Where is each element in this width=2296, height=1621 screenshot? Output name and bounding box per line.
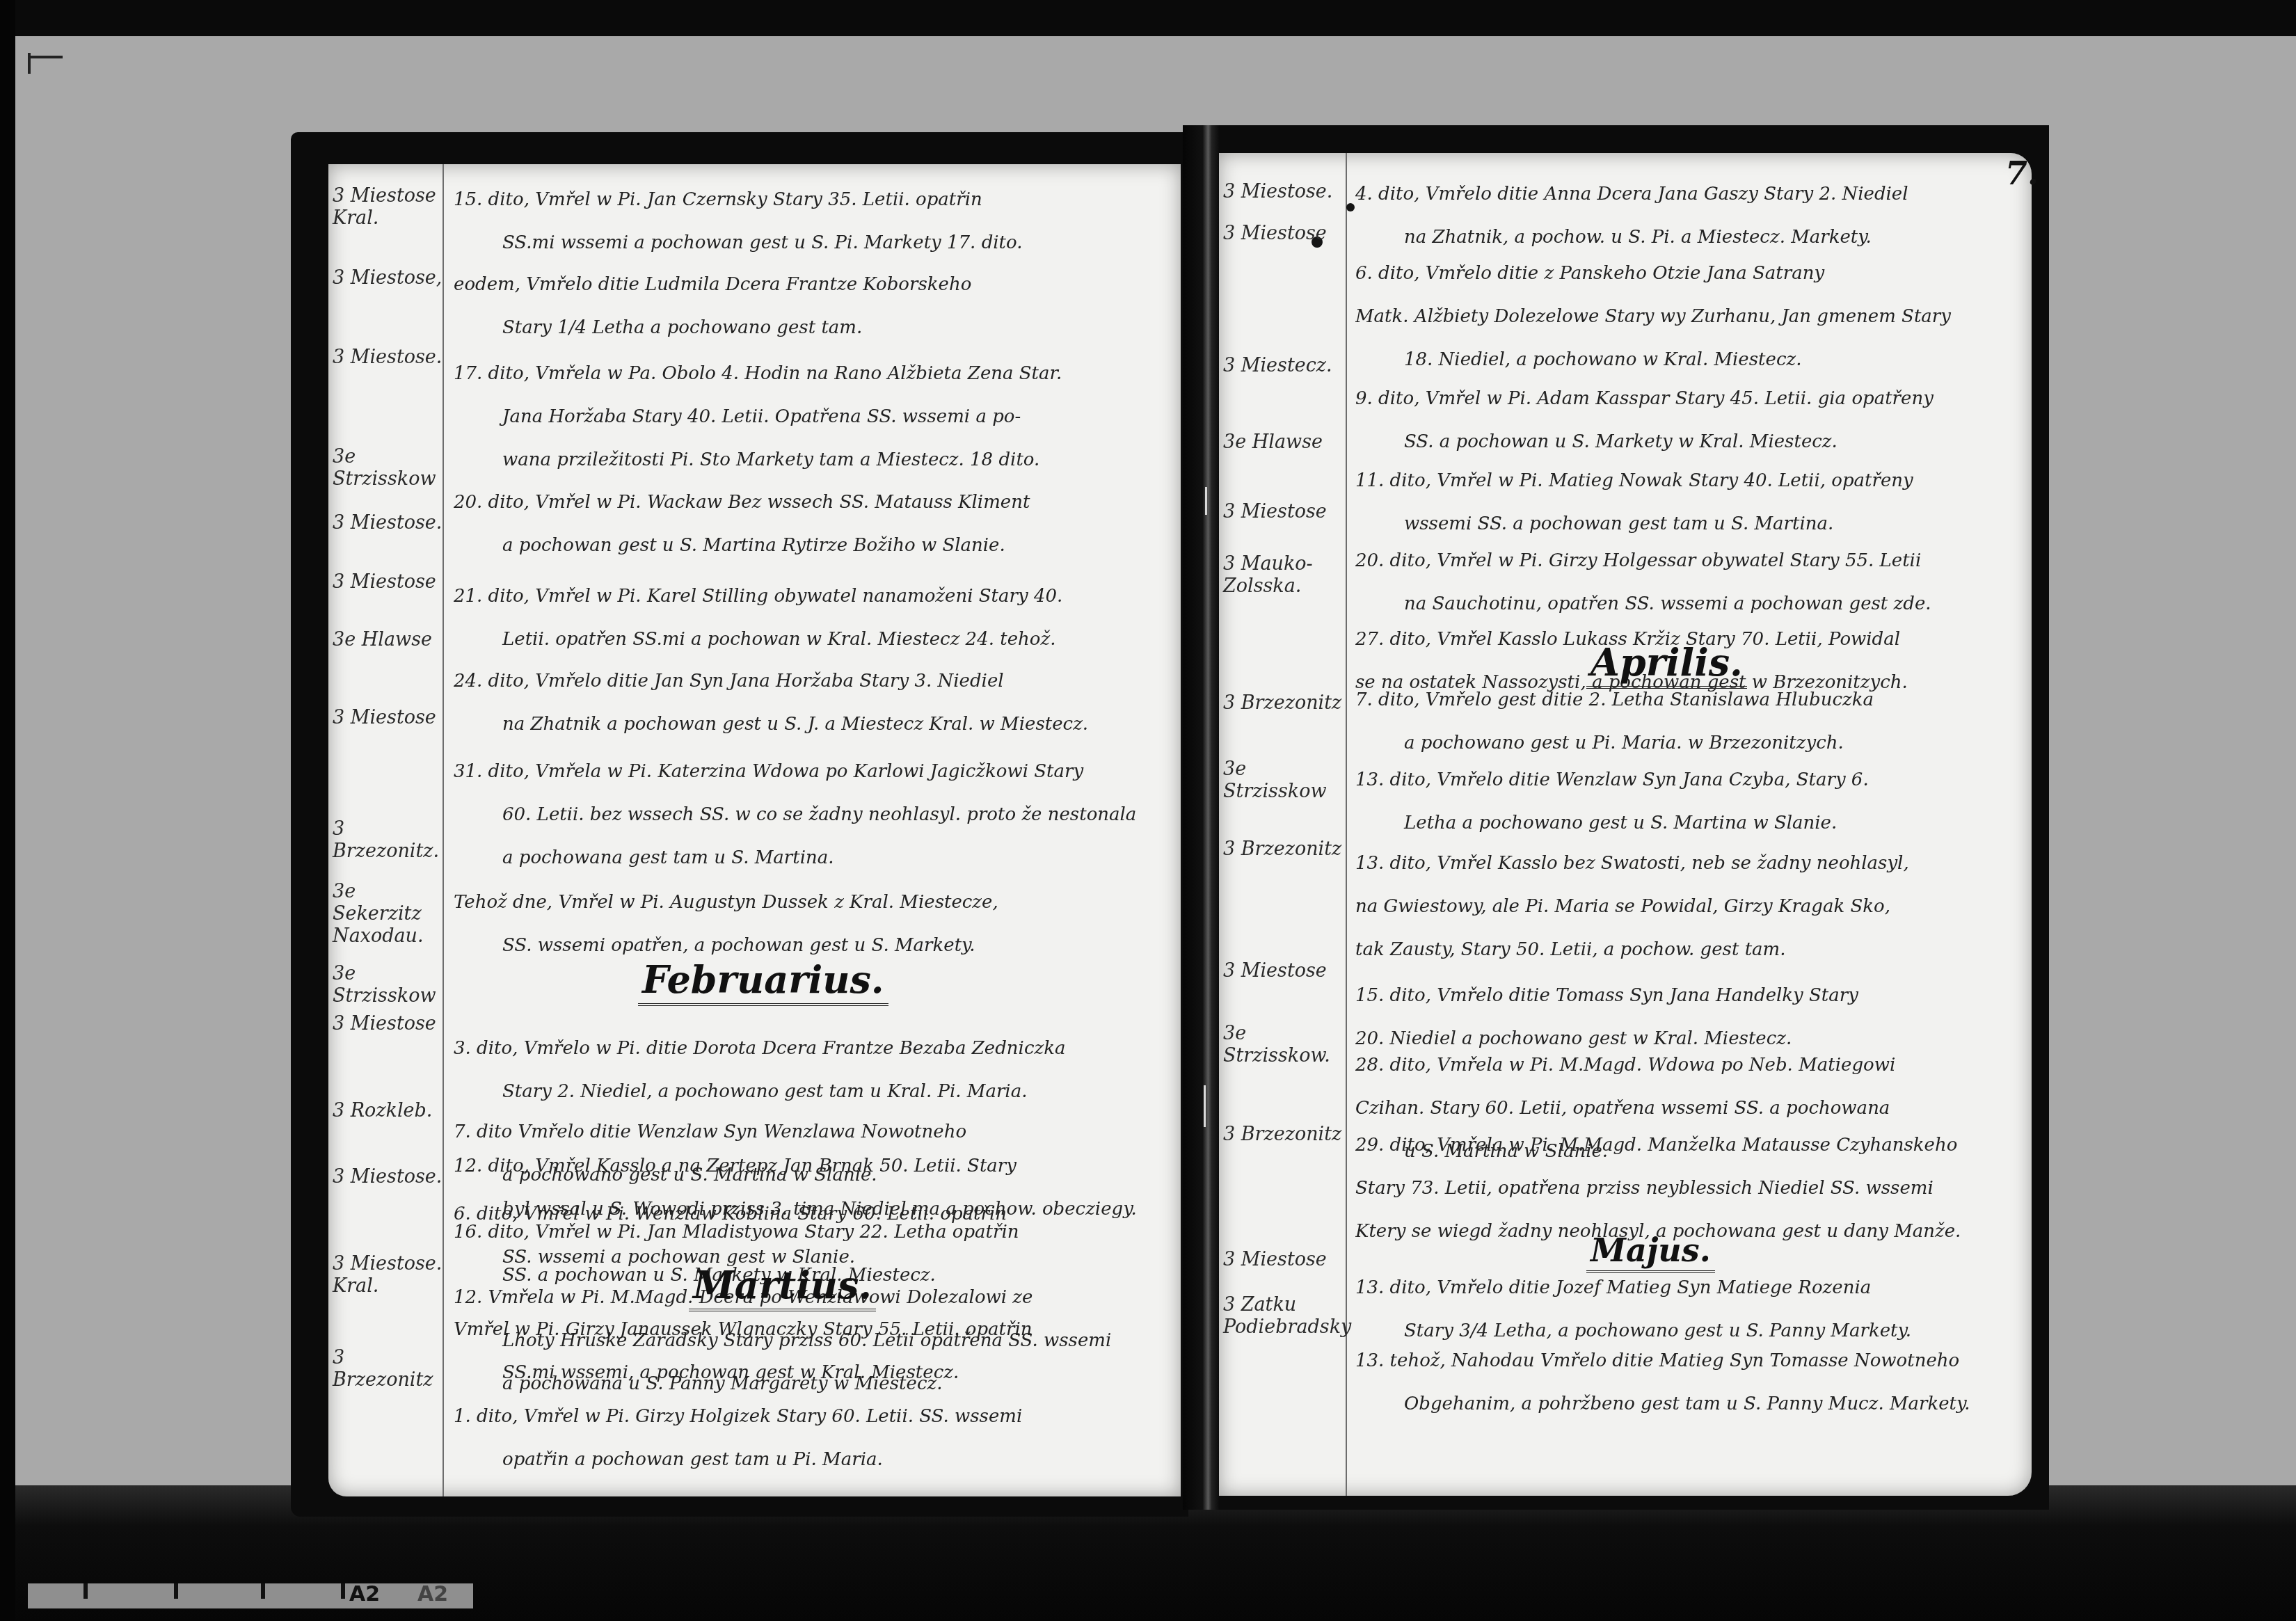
film-corner-mark bbox=[28, 56, 63, 58]
register-entry: 1. dito, Vmřel w Pi. Girzy Holgizek Star… bbox=[454, 1395, 1170, 1481]
margin-note: 3e Hlawse bbox=[333, 629, 444, 651]
margin-note: 3 Zatku Podiebradsky bbox=[1223, 1294, 1346, 1339]
scan-top-edge bbox=[15, 0, 2296, 36]
register-entry: 20. dito, Vmřel w Pi. Girzy Holgessar ob… bbox=[1355, 539, 2023, 625]
margin-note: 3 Miestose bbox=[1223, 960, 1346, 982]
binding-thread bbox=[1204, 1085, 1206, 1127]
margin-note: 3 Miestose. bbox=[1223, 181, 1346, 203]
register-entry: 20. dito, Vmřel w Pi. Wackaw Bez wssech … bbox=[454, 481, 1170, 567]
margin-rule bbox=[1346, 153, 1347, 1496]
margin-note: 3 Miestose bbox=[1223, 223, 1346, 245]
margin-note: 3 Brzezonitz bbox=[1223, 838, 1346, 861]
book-spine bbox=[1183, 125, 1219, 1510]
register-entry: 13. tehož, Nahodau Vmřelo ditie Matieg S… bbox=[1355, 1339, 2023, 1426]
ruler-tick bbox=[83, 1583, 88, 1599]
register-entry: 15. dito, Vmřel w Pi. Jan Czernsky Stary… bbox=[454, 178, 1170, 264]
margin-note: 3 Miestose. bbox=[333, 1166, 444, 1188]
ruler-tick bbox=[341, 1583, 345, 1599]
register-entry: 3. dito, Vmřelo w Pi. ditie Dorota Dcera… bbox=[454, 1027, 1170, 1113]
margin-note: 3 Brzezonitz bbox=[333, 1347, 444, 1391]
film-ruler-strip: A2 A2 bbox=[28, 1583, 473, 1608]
register-entry: Vmřel w Pi. Girzy Janaussek Wlgnaczky St… bbox=[454, 1308, 1170, 1394]
film-corner-mark bbox=[28, 53, 31, 74]
register-entry: 31. dito, Vmřela w Pi. Katerzina Wdowa p… bbox=[454, 750, 1170, 879]
margin-note: 3 Miestecz. bbox=[1223, 355, 1346, 377]
scan-left-edge bbox=[0, 0, 15, 1621]
margin-note: 3 Brzezonitz bbox=[1223, 692, 1346, 714]
margin-note: 3 Miestose bbox=[1223, 501, 1346, 523]
margin-note: 3 Miestose bbox=[333, 1013, 444, 1035]
margin-note: 3 Miestose. bbox=[333, 512, 444, 534]
register-entry: 11. dito, Vmřel w Pi. Matieg Nowak Stary… bbox=[1355, 459, 2023, 545]
margin-note: 3e Strzisskow bbox=[333, 446, 444, 490]
month-heading-march: Martius. bbox=[689, 1263, 876, 1311]
margin-note: 3 Brzezonitz bbox=[1223, 1124, 1346, 1146]
margin-note: 3e Strzisskow bbox=[1223, 758, 1346, 803]
film-label: A2 bbox=[417, 1582, 448, 1606]
margin-note: 3 Miestose bbox=[333, 707, 444, 729]
register-entry: eodem, Vmřelo ditie Ludmila Dcera Frantz… bbox=[454, 263, 1170, 349]
ruler-tick bbox=[261, 1583, 265, 1599]
margin-note: 3 Miestose. Kral. bbox=[333, 1253, 444, 1297]
register-entry: 24. dito, Vmřelo ditie Jan Syn Jana Horž… bbox=[454, 660, 1170, 746]
ink-blot bbox=[1346, 203, 1355, 211]
binding-thread bbox=[1205, 487, 1207, 515]
film-label: A2 bbox=[349, 1582, 380, 1606]
register-entry: 13. dito, Vmřel Kasslo bez Swatosti, neb… bbox=[1355, 842, 2023, 971]
margin-note: 3e Strzisskow bbox=[333, 963, 444, 1007]
margin-note: 3e Sekerzitz Naxodau. bbox=[333, 881, 444, 948]
register-entry: 13. dito, Vmřelo ditie Wenzlaw Syn Jana … bbox=[1355, 758, 2023, 845]
margin-note: 3 Miestose, bbox=[333, 267, 444, 289]
register-entry: 7. dito, Vmřelo gest ditie 2. Letha Stan… bbox=[1355, 678, 2023, 765]
margin-note: 3e Strzisskow. bbox=[1223, 1023, 1346, 1067]
register-entry: 4. dito, Vmřelo ditie Anna Dcera Jana Ga… bbox=[1355, 173, 2023, 259]
margin-note: 3 Brzezonitz. bbox=[333, 818, 444, 863]
margin-note: 3e Hlawse bbox=[1223, 431, 1346, 454]
register-entry: Tehož dne, Vmřel w Pi. Augustyn Dussek z… bbox=[454, 881, 1170, 967]
margin-note: 3 Rozkleb. bbox=[333, 1100, 444, 1122]
register-entry: 17. dito, Vmřela w Pa. Obolo 4. Hodin na… bbox=[454, 352, 1170, 481]
ruler-tick bbox=[174, 1583, 178, 1599]
month-heading-february: Februarius. bbox=[638, 957, 888, 1006]
margin-note: 3 Miestose. bbox=[333, 346, 444, 369]
margin-note: 3 Miestose bbox=[333, 571, 444, 593]
margin-note: 3 Mauko- Zolsska. bbox=[1223, 553, 1346, 598]
margin-note: 3 Miestose Kral. bbox=[333, 185, 444, 230]
margin-note: 3 Miestose bbox=[1223, 1249, 1346, 1271]
register-entry: 21. dito, Vmřel w Pi. Karel Stilling oby… bbox=[454, 575, 1170, 661]
register-entry: 6. dito, Vmřelo ditie z Panskeho Otzie J… bbox=[1355, 252, 2023, 381]
register-entry: 9. dito, Vmřel w Pi. Adam Kasspar Stary … bbox=[1355, 377, 2023, 463]
